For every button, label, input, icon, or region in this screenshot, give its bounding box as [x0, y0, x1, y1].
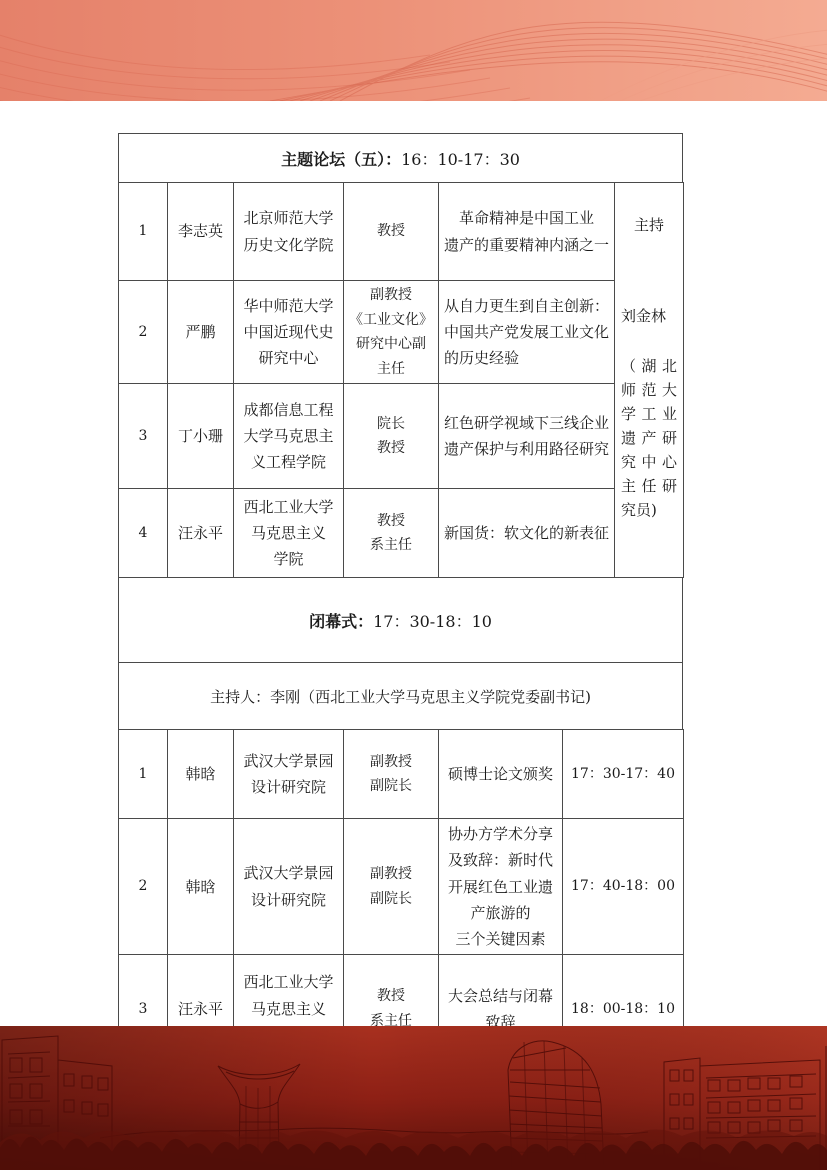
time-cell: 17：40-18：00 [563, 819, 684, 955]
closing-table: 1 韩晗 武汉大学景园 设计研究院 副教授 副院长 硕博士论文颁奖 17：30-… [118, 729, 684, 1063]
topic-cell: 革命精神是中国工业 遗产的重要精神内涵之一 [439, 183, 615, 281]
campus-footer-image [0, 1026, 827, 1170]
topic-cell: 从自力更生到自主创新： 中国共产党发展工业文化 的历史经验 [439, 281, 615, 384]
table-row: 2 韩晗 武汉大学景园 设计研究院 副教授 副院长 协办方学术分享 及致辞：新时… [119, 819, 684, 955]
closing-title: 闭幕式：17：30-18：10 [309, 609, 492, 632]
agenda-item-cell: 协办方学术分享 及致辞：新时代 开展红色工业遗 产旅游的 三个关键因素 [439, 819, 563, 955]
row-number-cell: 1 [119, 183, 168, 281]
agenda-item-cell: 硕博士论文颁奖 [439, 730, 563, 819]
position-cell: 教授 系主任 [344, 489, 439, 578]
table-row: 1 韩晗 武汉大学景园 设计研究院 副教授 副院长 硕博士论文颁奖 17：30-… [119, 730, 684, 819]
table-row: 1 李志英 北京师范大学 历史文化学院 教授 革命精神是中国工业 遗产的重要精神… [119, 183, 684, 281]
speaker-name-cell: 李志英 [168, 183, 234, 281]
closing-title-time: 17：30-18：10 [373, 612, 492, 631]
position-cell: 副教授 副院长 [344, 819, 439, 955]
table-row: 4 汪永平 西北工业大学 马克思主义 学院 教授 系主任 新国货：软文化的新表征 [119, 489, 684, 578]
forum5-title: 主题论坛（五）：16：10-17：30 [281, 147, 520, 170]
tree-silhouette-back [0, 1129, 827, 1170]
table-row: 2 严鹏 华中师范大学 中国近现代史 研究中心 副教授 《工业文化》 研究中心副… [119, 281, 684, 384]
affiliation-cell: 华中师范大学 中国近现代史 研究中心 [234, 281, 344, 384]
topic-cell: 红色研学视域下三线企业 遗产保护与利用路径研究 [439, 384, 615, 489]
document-page: 主题论坛（五）：16：10-17：30 1 李志英 北京师范大学 历史文化学院 … [0, 0, 827, 1170]
topic-cell: 新国货：软文化的新表征 [439, 489, 615, 578]
host-label: 主持 [621, 215, 677, 236]
moderator-row: 主持人：李刚（西北工业大学马克思主义学院党委副书记) [118, 662, 683, 730]
position-cell: 教授 [344, 183, 439, 281]
affiliation-cell: 成都信息工程 大学马克思主 义工程学院 [234, 384, 344, 489]
program-schedule: 主题论坛（五）：16：10-17：30 1 李志英 北京师范大学 历史文化学院 … [118, 133, 683, 1063]
forum5-title-row: 主题论坛（五）：16：10-17：30 [118, 133, 683, 183]
table-row: 3 丁小珊 成都信息工程 大学马克思主 义工程学院 院长 教授 红色研学视域下三… [119, 384, 684, 489]
forum5-table: 1 李志英 北京师范大学 历史文化学院 教授 革命精神是中国工业 遗产的重要精神… [118, 182, 684, 578]
closing-title-label: 闭幕式： [309, 612, 373, 631]
speaker-name-cell: 韩晗 [168, 730, 234, 819]
row-number-cell: 1 [119, 730, 168, 819]
row-number-cell: 4 [119, 489, 168, 578]
row-number-cell: 3 [119, 384, 168, 489]
affiliation-cell: 武汉大学景园 设计研究院 [234, 730, 344, 819]
speaker-name-cell: 韩晗 [168, 819, 234, 955]
speaker-name-cell: 丁小珊 [168, 384, 234, 489]
position-cell: 副教授 副院长 [344, 730, 439, 819]
row-number-cell: 2 [119, 281, 168, 384]
moderator-text: 主持人：李刚（西北工业大学马克思主义学院党委副书记) [210, 686, 591, 707]
host-name: 刘金林 [621, 305, 677, 328]
forum5-title-label: 主题论坛（五）： [281, 150, 401, 169]
affiliation-cell: 西北工业大学 马克思主义 学院 [234, 489, 344, 578]
decorative-wave-banner [0, 0, 827, 101]
position-cell: 院长 教授 [344, 384, 439, 489]
affiliation-cell: 武汉大学景园 设计研究院 [234, 819, 344, 955]
row-number-cell: 2 [119, 819, 168, 955]
forum5-title-time: 16：10-17：30 [401, 150, 520, 169]
closing-title-row: 闭幕式：17：30-18：10 [118, 577, 683, 663]
speaker-name-cell: 严鹏 [168, 281, 234, 384]
host-affiliation: （湖北师范大学工业遗产研究中心主任研究员) [621, 354, 677, 522]
position-cell: 副教授 《工业文化》 研究中心副 主任 [344, 281, 439, 384]
time-cell: 17：30-17：40 [563, 730, 684, 819]
speaker-name-cell: 汪永平 [168, 489, 234, 578]
session-host-cell: 主持 刘金林 （湖北师范大学工业遗产研究中心主任研究员) [615, 183, 684, 578]
affiliation-cell: 北京师范大学 历史文化学院 [234, 183, 344, 281]
